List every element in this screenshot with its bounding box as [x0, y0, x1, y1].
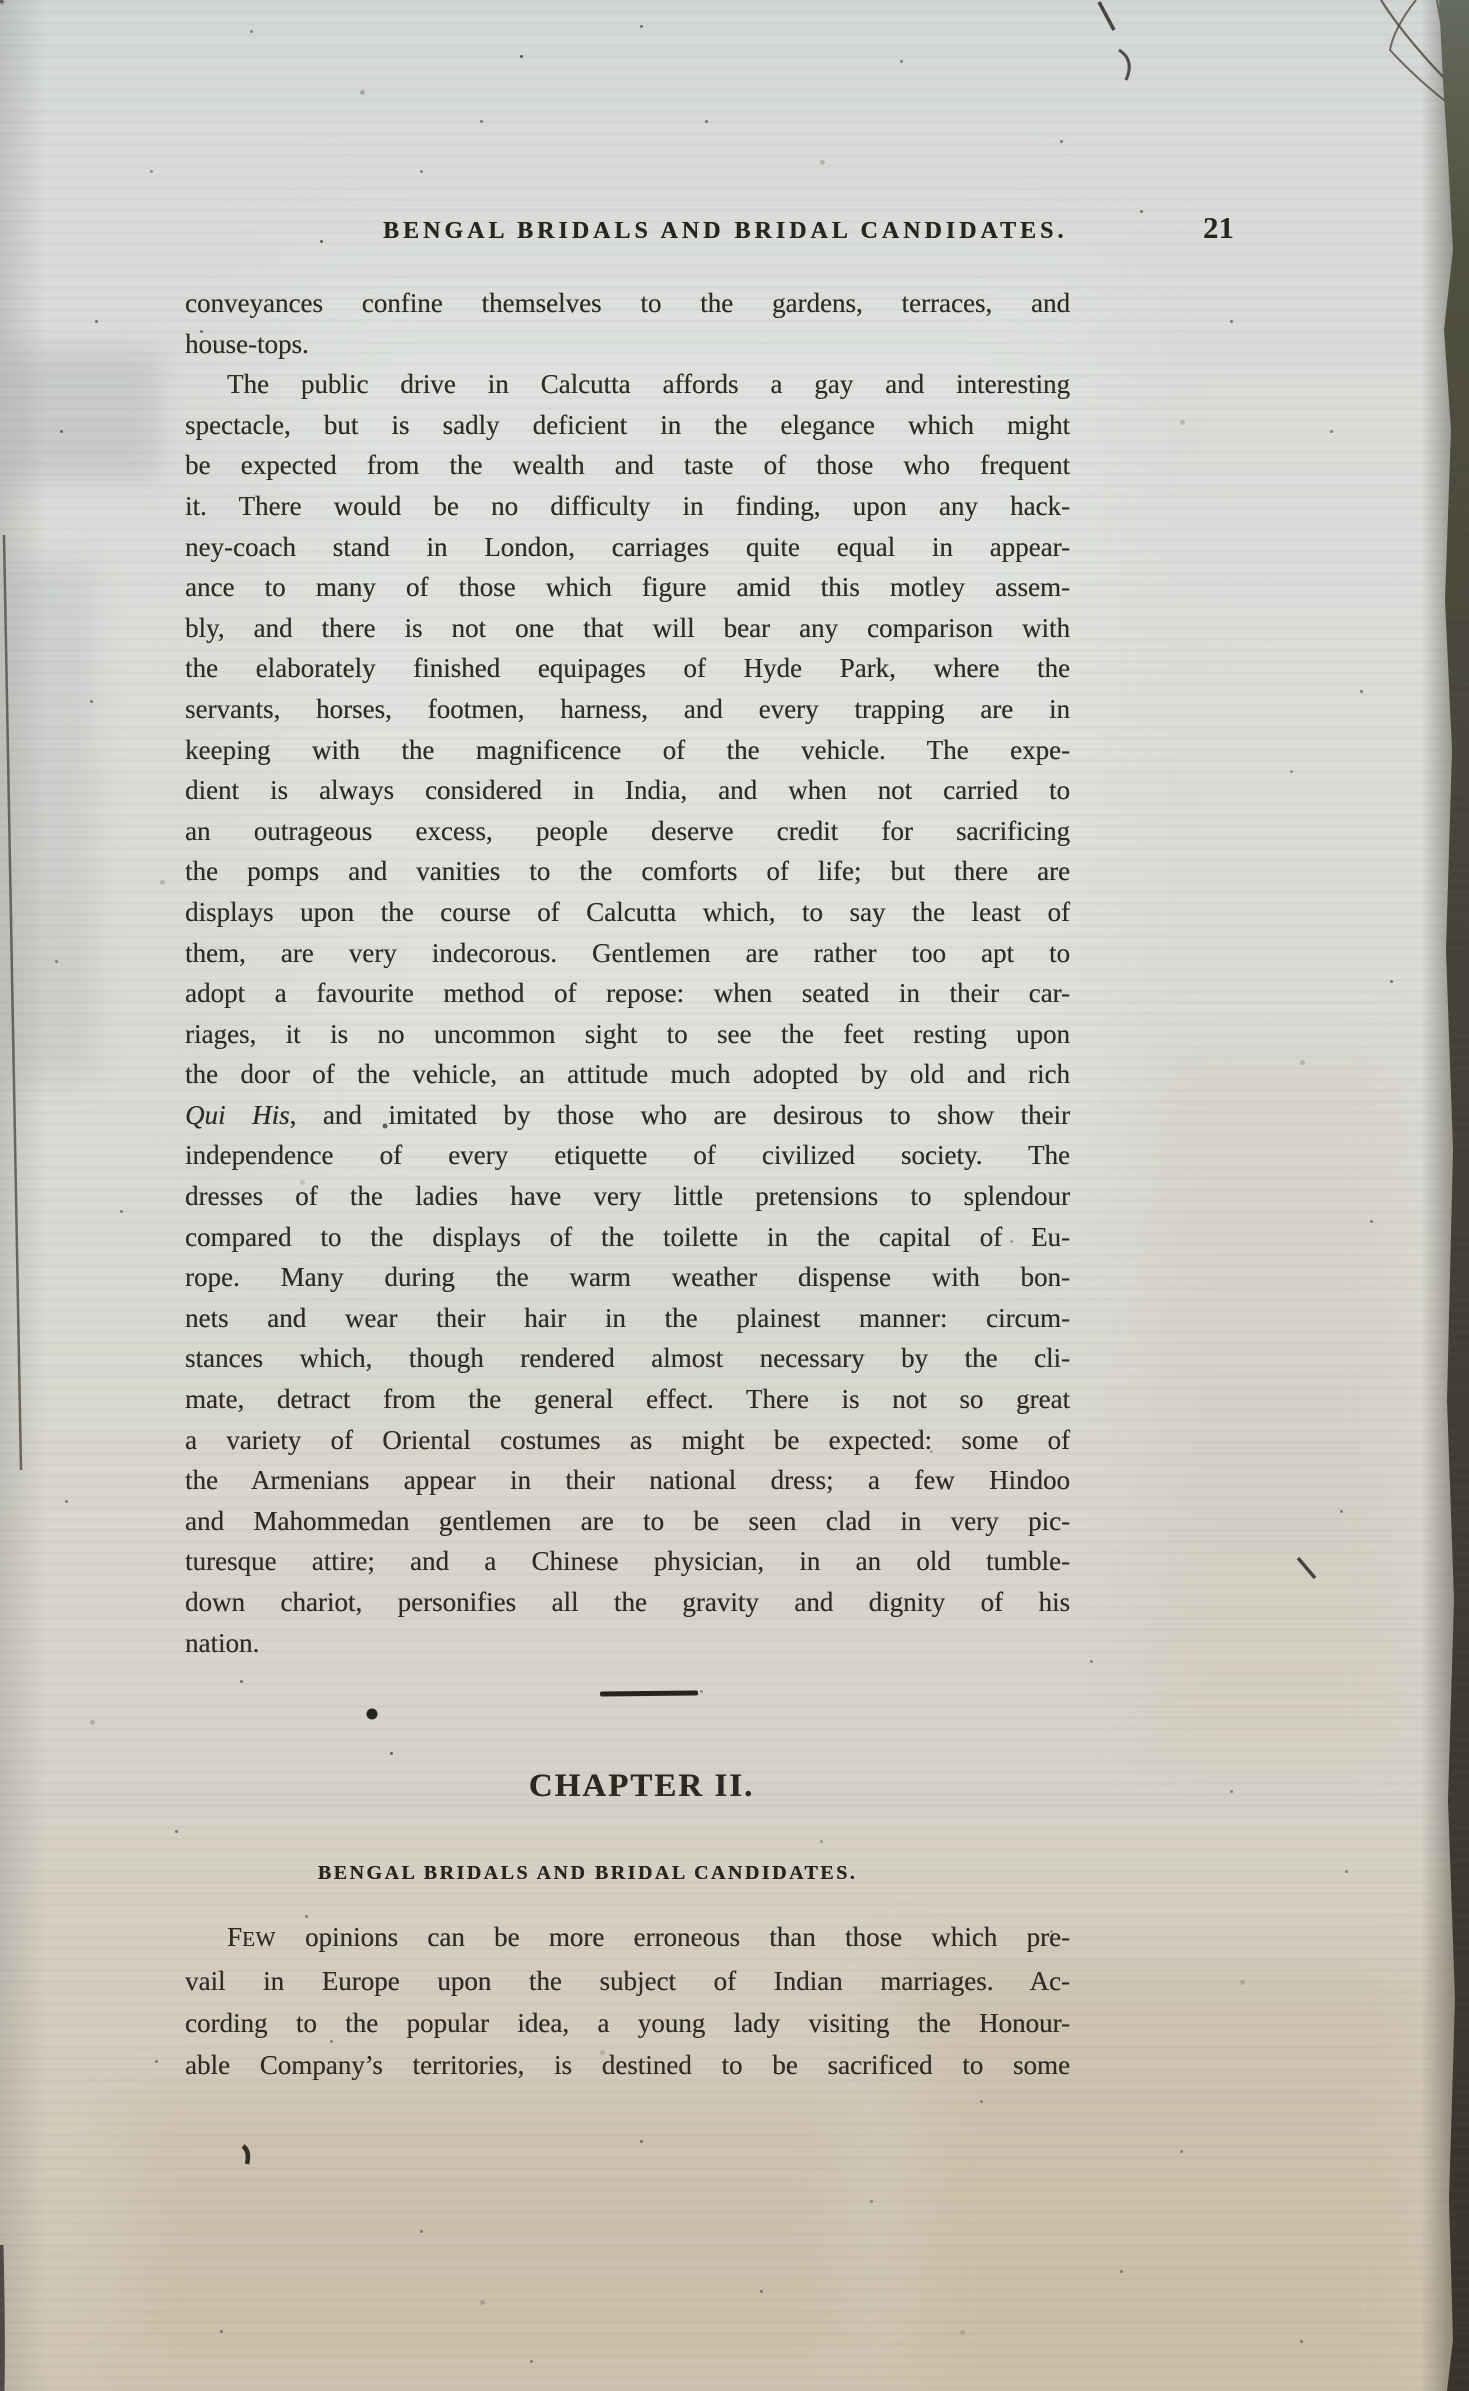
text-line: independence of every etiquette of civil… — [185, 1135, 1070, 1176]
body-paragraph: conveyances confine themselves to the ga… — [185, 283, 1070, 1663]
text-line: adopt a favourite method of repose: when… — [185, 973, 1070, 1014]
torn-page-edge-backdrop — [1439, 0, 1469, 2391]
text-line: and Mahommedan gentlemen are to be seen … — [185, 1501, 1070, 1542]
text-line: servants, horses, footmen, harness, and … — [185, 689, 1070, 730]
text-line: it. There would be no difficulty in find… — [185, 486, 1070, 527]
text-line: ney-coach stand in London, carriages qui… — [185, 527, 1070, 568]
paper-shading — [0, 560, 95, 1080]
ink-blot — [367, 1709, 378, 1720]
pen-mark — [1099, 2, 1114, 30]
text-line: compared to the displays of the toilette… — [185, 1217, 1070, 1258]
scanned-book-page: BENGAL BRIDALS AND BRIDAL CANDIDATES. 21… — [0, 0, 1469, 2391]
paper-stain — [130, 2101, 850, 2361]
text-line: an outrageous excess, people deserve cre… — [185, 811, 1070, 852]
text-line: turesque attire; and a Chinese physician… — [185, 1541, 1070, 1582]
chapter-paragraph: FEW opinions can be more erroneous than … — [185, 1916, 1070, 2086]
text-line: the pomps and vanities to the comforts o… — [185, 851, 1070, 892]
text-line: ance to many of those which figure amid … — [185, 567, 1070, 608]
text-line: the Armenians appear in their national d… — [185, 1460, 1070, 1501]
chapter-subheading: BENGAL BRIDALS AND BRIDAL CANDIDATES. — [145, 1862, 1030, 1885]
ink-mark — [243, 2146, 248, 2164]
section-divider-rule — [600, 1690, 698, 1696]
text-line: them, are very indecorous. Gentlemen are… — [185, 933, 1070, 974]
left-edge-mark — [1, 2245, 2, 2391]
text-line: Qui His, and imitated by those who are d… — [185, 1095, 1070, 1136]
page-curvature-shadow — [0, 0, 46, 2391]
pen-mark — [1119, 50, 1129, 80]
text-line: nation. — [185, 1623, 1070, 1664]
text-line: down chariot, personifies all the gravit… — [185, 1582, 1070, 1623]
pen-mark — [1298, 1558, 1315, 1578]
text-line: the door of the vehicle, an attitude muc… — [185, 1054, 1070, 1095]
text-line: the elaborately finished equipages of Hy… — [185, 648, 1070, 689]
text-line: mate, detract from the general effect. T… — [185, 1379, 1070, 1420]
paper-shading — [0, 350, 160, 480]
text-line: The public drive in Calcutta affords a g… — [185, 364, 1070, 405]
text-line: cording to the popular idea, a young lad… — [185, 2002, 1070, 2044]
text-line: able Company’s territories, is destined … — [185, 2044, 1070, 2086]
text-line: riages, it is no uncommon sight to see t… — [185, 1014, 1070, 1055]
page-number: 21 — [1203, 210, 1234, 246]
text-line: a variety of Oriental costumes as might … — [185, 1420, 1070, 1461]
text-line: spectacle, but is sadly deficient in the… — [185, 405, 1070, 446]
paper-stain — [1149, 1050, 1409, 1750]
text-line: FEW opinions can be more erroneous than … — [185, 1916, 1070, 1960]
text-line: displays upon the course of Calcutta whi… — [185, 892, 1070, 933]
text-line: keeping with the magnificence of the veh… — [185, 730, 1070, 771]
text-line: bly, and there is not one that will bear… — [185, 608, 1070, 649]
text-line: conveyances confine themselves to the ga… — [185, 283, 1070, 324]
running-header: BENGAL BRIDALS AND BRIDAL CANDIDATES. — [383, 218, 1067, 245]
chapter-heading: CHAPTER II. — [199, 1768, 1084, 1805]
text-line: be expected from the wealth and taste of… — [185, 445, 1070, 486]
text-line: dresses of the ladies have very little p… — [185, 1176, 1070, 1217]
text-line: nets and wear their hair in the plainest… — [185, 1298, 1070, 1339]
text-line: dient is always considered in India, and… — [185, 770, 1070, 811]
paper-speckles — [0, 0, 5, 5]
text-line: rope. Many during the warm weather dispe… — [185, 1257, 1070, 1298]
text-line: stances which, though rendered almost ne… — [185, 1338, 1070, 1379]
text-line: vail in Europe upon the subject of India… — [185, 1960, 1070, 2002]
text-line: house-tops. — [185, 324, 1070, 365]
gutter-crease — [4, 535, 21, 1470]
